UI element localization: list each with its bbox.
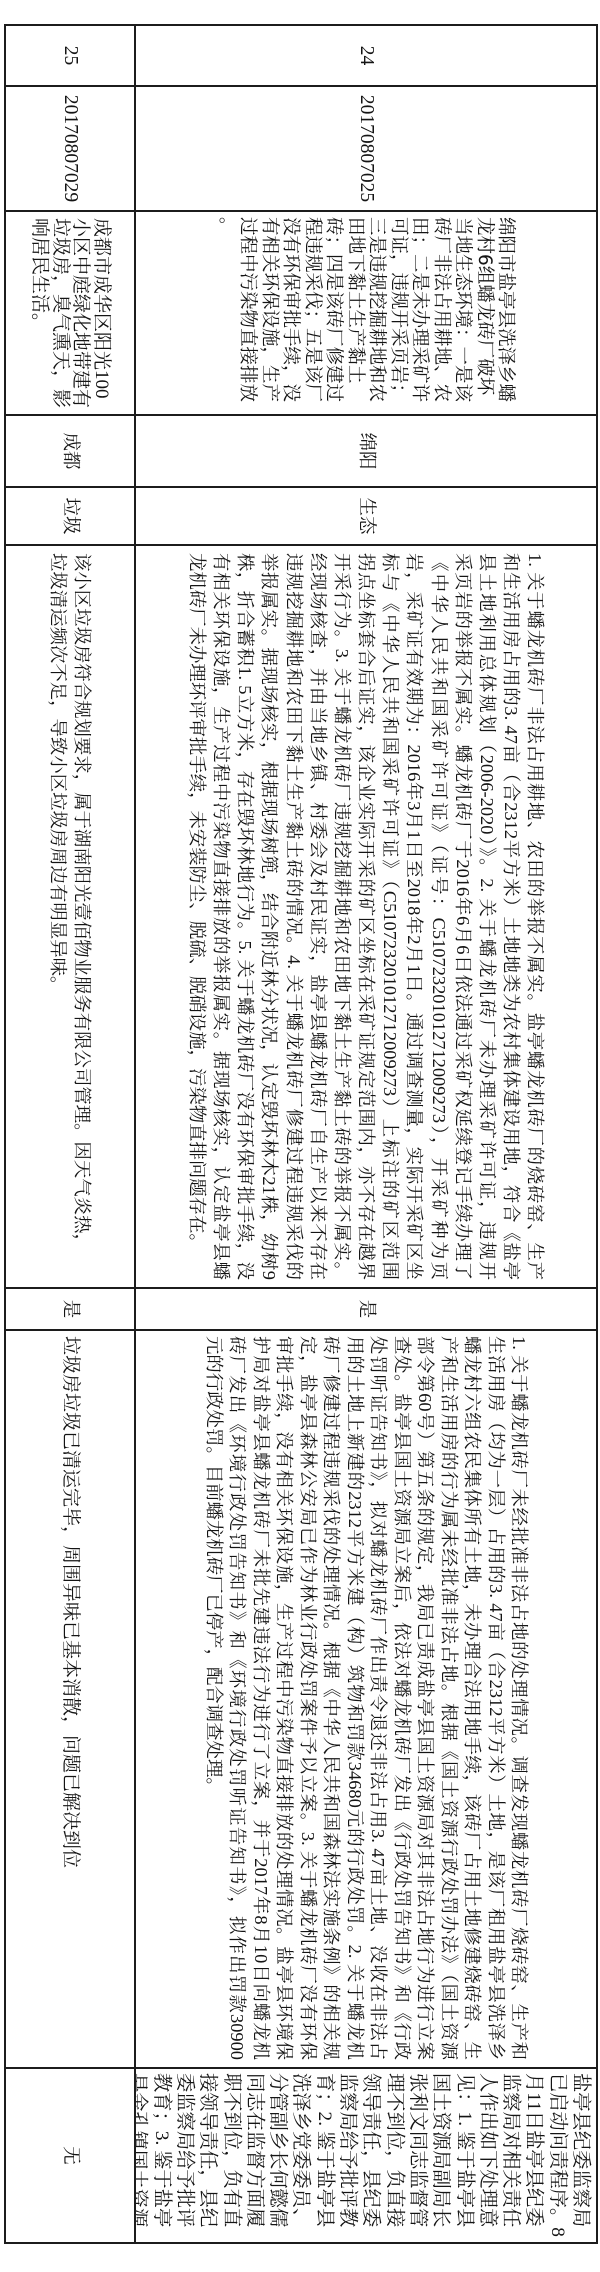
text-line: 没有环保审批手续，没 [280,217,302,408]
cell-investigation: 1. 关于蟠龙机砖厂非法占用耕地、农田的举报不属实。盐亭蟠龙机砖厂的烧砖窑、生产… [134,546,596,1289]
verified-flag: 是 [59,1300,81,1319]
cell-complaint: 成都市成华区阳光100 小区中庭绿化地带建有 垃圾房，臭气熏天，影 响居民生活。 [4,212,134,416]
text-line: 部令第60号）第五条的规定，我局已责成盐亭县国土资源局对其非法占地行为进行立案 [413,1336,437,2060]
text-line: 经现场核查，并由当地乡镇、村委会及村民证实，盐亭县蟠龙机砖厂自生产以来不存在 [306,553,330,1280]
row-index: 24 [355,46,377,66]
text-line: 绵阳市盐亭县洗泽乡蟠 [495,217,517,408]
complaint-table: 24 20170807025 绵阳市盐亭县洗泽乡蟠 龙村6组蟠龙砖厂破坏 当地生… [4,24,598,2244]
verified-flag: 是 [355,1300,377,1319]
text-line: 张利文同志监督管 [406,2073,429,2234]
text-line: 县土地利用总体规划（2006-2020）》。2. 关于蟠龙机砖厂未办理采矿许可证… [475,553,499,1280]
text-line: 蟠龙村六组农民集体所有土地，未办理合法用地手续，该砖厂占用土地修建烧砖窑、生 [460,1336,484,2060]
cell-region: 成都 [4,416,134,488]
text-line: 审批手续，没有相关环保设施，生产过程中污染物直接排放的处理情况。盐亭县环境保 [272,1336,296,2060]
cell-case-id: 20170807025 [134,87,596,212]
text-line: 砖厂发出《环境行政处罚告知书》和《环境行政处罚听证告知书》，拟作出罚款30900 [225,1336,249,2060]
text-line: 用的土地上新建的2312平方米建（构）筑物和罚款34680元的行政处罚。2. 关… [343,1336,367,2060]
text-line: 株，折合蓄积1. 5立方米，存在毁坏林地行为。5. 关于蟠龙机砖厂没有环保审批手… [233,553,257,1280]
text-line: 县金孔镇国土资源 [134,2073,149,2234]
text-line: 砖；四是该砖厂修建过 [323,217,345,408]
text-line: 可证，违规开采页岩； [388,217,410,408]
text-line: 接领导责任，县纪 [196,2073,219,2234]
text-line: 产和生活用房的行为属未经批准非法占地。根据《国土资源行政处罚办法》（国土资源 [437,1336,461,2060]
text-line: 育；2. 鉴于盐亭县 [312,2073,335,2234]
text-line: 拐点坐标套合后证实，该企业实际开采的矿区坐标在采矿证规定范围内，亦不存在越界 [354,553,378,1280]
text-line: 人作出如下处理意 [476,2073,499,2234]
text-line: 和生活用房占用的3. 47亩（合2312平方米）土地地类为农村集体建设用地，符合… [499,553,523,1280]
text-line: 田；二是未办理采矿许 [409,217,431,408]
text-line: 有相关环保设施，生产 [259,217,281,408]
case-id: 20170807025 [355,95,377,202]
cell-investigation: 该小区垃圾房符合规划要求，属于湖南阳光壹佰物业服务有限公司管理。因天气炎热， 垃… [4,546,134,1289]
cell-accountability: 无 [4,2069,134,2244]
row-index: 25 [59,46,81,66]
text-line: 1. 关于蟠龙机砖厂非法占用耕地、农田的举报不属实。盐亭蟠龙机砖厂的烧砖窑、生产 [523,553,547,1280]
text-line: 成都市成华区阳光100 [91,218,112,408]
text-line: 该小区垃圾房符合规划要求，属于湖南阳光壹佰物业服务有限公司管理。因天气炎热， [70,553,95,1280]
text-line: 标与《中华人民共和国采矿许可证》（C510723201012712009273）… [378,553,402,1280]
cell-region: 绵阳 [134,416,596,488]
text-line: 分管副乡长何懿儒 [266,2073,289,2234]
text-line: 同志在监督方面履 [243,2073,266,2234]
text-line: 领导责任，县纪委 [359,2073,382,2234]
cell-accountability: 盐亭县纪委监察局 已启动问责程序。8 月11日盐亭县纪委 监察局对相关责任 人作… [134,2069,596,2244]
text-line: 田地下黏土生产黏土 [345,217,367,408]
text-line: 月11日盐亭县纪委 [522,2073,545,2234]
text-line: 龙机砖厂未办理环评审批手续，未安装防尘、脱硫、脱硝设施，污染物直排问题存在。 [185,553,209,1280]
region: 成都 [59,432,81,469]
text-line: 砖厂非法占用耕地、农 [431,217,453,408]
text-line: 查处。盐亭县国土资源局立案后，依法对蟠龙机砖厂发出《行政处罚告知书》和《行政 [390,1336,414,2060]
text-line: 开采行为。3. 关于蟠龙机砖厂违规挖掘耕地和农田地下黏土生产黏土砖的举报不属实。 [330,553,354,1280]
text-line: 盐亭县纪委监察局 [569,2073,592,2234]
text-line: 教育；3. 鉴于盐亭 [149,2073,172,2234]
text-line: 《中华人民共和国采矿许可证》（证号：C510723201012712009273… [426,553,450,1280]
cell-pollution-type: 生态 [134,488,596,546]
accountability-text: 无 [59,2146,81,2165]
text-line: 小区中庭绿化地带建有 [70,218,91,408]
text-line: 违规挖掘耕地和农田下黏土生产黏土砖的情况。4. 关于蟠龙机砖厂修建过程违规采伐的 [281,553,305,1280]
text-line: 处罚听证告知书》，拟对蟠龙机砖厂作出责令退还非法占用3. 47亩土地、没收在非法… [366,1336,390,2060]
text-line: 见：1. 鉴于盐亭县 [452,2073,475,2234]
text-line: 垃圾房，臭气熏天，影 [50,218,71,408]
text-line: 举报属实。据现场核实，根据现场树篼，结合附近林分状况，认定毁坏林木21株，幼树9 [257,553,281,1280]
text-line: 监察局对相关责任 [499,2073,522,2234]
text-line: 洗泽乡党委委员、 [289,2073,312,2234]
text-line: 职不到位，负有直 [219,2073,242,2234]
cell-verified: 是 [4,1289,134,1331]
cell-handling: 1. 关于蟠龙机砖厂未经批准非法占地的处理情况。调查发现蟠龙机砖厂烧砖窑、生产和… [134,1331,596,2069]
text-line: 有相关环保设施，生产过程中污染物直接排放的举报属实。据现场核实，认定盐亭县蟠 [209,553,233,1280]
text-line: 过程中污染物直接排放 [237,217,259,408]
text-line: 三是违规挖掘耕地和农 [366,217,388,408]
case-id: 20170807029 [59,95,81,202]
text-line: 元的行政处罚。目前蟠龙机砖厂已停产，配合调查处理。 [202,1336,226,2060]
text-line: 委监察局给予批评 [173,2073,196,2234]
text-line: 采页岩的举报不属实。蟠龙机砖厂于2016年6月6日依法通过采矿权延续登记手续办理… [451,553,475,1280]
text-line: 当地生态环境：一是该 [452,217,474,408]
cell-index: 24 [134,26,596,87]
text-line: 龙村6组蟠龙砖厂破坏 [474,217,496,408]
rotated-document-page: 24 20170807025 绵阳市盐亭县洗泽乡蟠 龙村6组蟠龙砖厂破坏 当地生… [0,0,600,2272]
text-line: 垃圾清运频次不足，导致小区垃圾房周边有明显异味。 [46,553,71,1280]
text-line: 国土资源局副局长 [429,2073,452,2234]
text-line: 岩，采矿证有效期为：2016年3月1日至2018年2月1日。通过调查测量，实际开… [402,553,426,1280]
text-line: 1. 关于蟠龙机砖厂未经批准非法占地的处理情况。调查发现蟠龙机砖厂烧砖窑、生产和 [507,1336,531,2060]
cell-verified: 是 [134,1289,596,1331]
region: 绵阳 [355,432,377,469]
text-line: 响居民生活。 [29,218,50,408]
text-line: 垃圾房垃圾已清运完毕，周围异味已基本消散，问题已解决到位 [58,1336,82,2060]
text-line: 护局对盐亭县蟠龙机砖厂未批先建违法行为进行了立案，并于2017年8月10日向蟠龙… [249,1336,273,2060]
text-line: 程违规采伐；五是该厂 [302,217,324,408]
cell-complaint: 绵阳市盐亭县洗泽乡蟠 龙村6组蟠龙砖厂破坏 当地生态环境：一是该 砖厂非法占用耕… [134,212,596,416]
text-line: 已启动问责程序。8 [545,2073,568,2234]
text-line: 。 [216,217,238,408]
text-line: 定，盐亭县森林公安局已作为林业行政处罚案件予以立案。3. 关于蟠龙机砖厂没有环保 [296,1336,320,2060]
text-line: 监察局给予批评教 [336,2073,359,2234]
cell-case-id: 20170807029 [4,87,134,212]
text-line: 砖厂修建过程违规采伐的处理情况。根据《中华人民共和国森林法实施条例》的相关规 [319,1336,343,2060]
text-line: 生活用房（均为一层）占用的3. 47亩（合2312平方米）土地，是该厂租用盐亭县… [484,1336,508,2060]
cell-handling: 垃圾房垃圾已清运完毕，周围异味已基本消散，问题已解决到位 [4,1331,134,2069]
cell-pollution-type: 垃圾 [4,488,134,546]
cell-index: 25 [4,26,134,87]
pollution-type: 生态 [355,497,377,534]
text-line: 理不到位，负直接 [382,2073,405,2234]
pollution-type: 垃圾 [59,497,81,534]
